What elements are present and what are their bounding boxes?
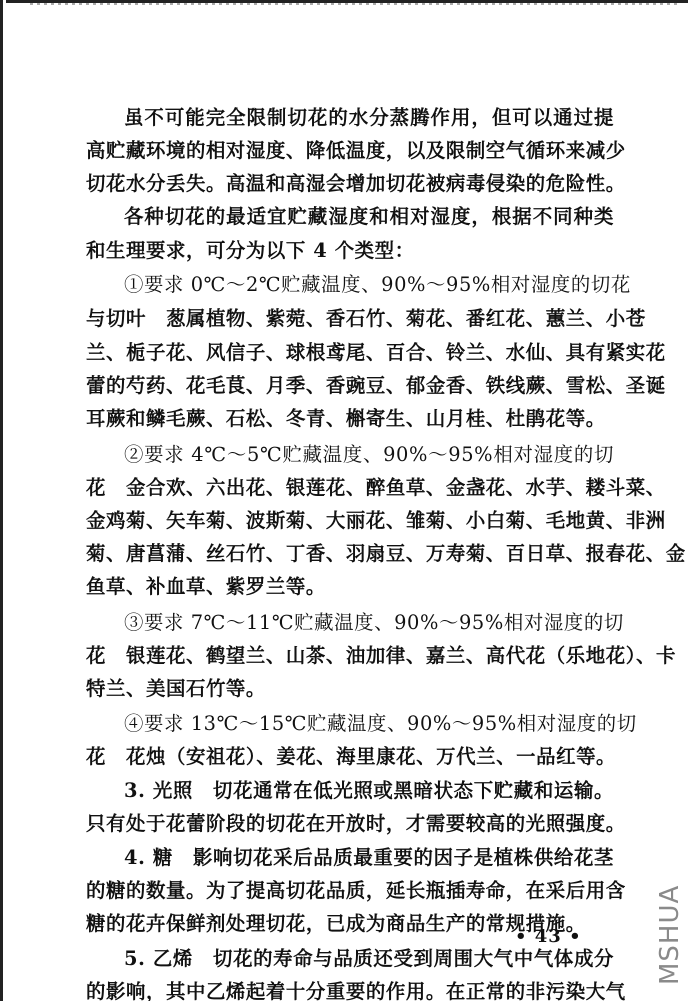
paragraph-line: 的影响，其中乙烯起着十分重要的作用。在正常的非污染大气 — [86, 977, 614, 1001]
category-1-heading: ①要求 0℃～2℃贮藏温度、90%～95%相对湿度的切花 — [86, 270, 614, 300]
section-5-ethylene: 5. 乙烯 切花的寿命与品质还受到周围大气中气体成分 — [86, 944, 614, 974]
paragraph-line: 切花水分丢失。高温和高湿会增加切花被病毒侵染的危险性。 — [86, 169, 614, 199]
page-number: • 43 • — [515, 926, 582, 947]
paragraph-line: 特兰、美国石竹等。 — [86, 674, 614, 704]
category-2-heading: ②要求 4℃～5℃贮藏温度、90%～95%相对湿度的切 — [86, 440, 614, 470]
paragraph-line: 金鸡菊、矢车菊、波斯菊、大丽花、雏菊、小白菊、毛地黄、非洲 — [86, 506, 614, 536]
top-scan-artifact — [30, 3, 680, 5]
paragraph-line: 与切叶 葱属植物、紫菀、香石竹、菊花、番红花、蕙兰、小苍 — [86, 304, 614, 334]
paragraph-line: 菊、唐菖蒲、丝石竹、丁香、羽扇豆、万寿菊、百日草、报春花、金 — [86, 539, 614, 569]
paragraph-line: 兰、栀子花、风信子、球根鸢尾、百合、铃兰、水仙、具有紧实花 — [86, 338, 614, 368]
paragraph-line: 只有处于花蕾阶段的切花在开放时，才需要较高的光照强度。 — [86, 809, 614, 839]
paragraph-line: 花 花烛（安祖花）、姜花、海里康花、万代兰、一品红等。 — [86, 742, 614, 772]
watermark: MSHUA — [655, 885, 685, 985]
paragraph-line: 花 银莲花、鹤望兰、山茶、油加律、嘉兰、高代花（乐地花）、卡 — [86, 641, 614, 671]
section-3-light: 3. 光照 切花通常在低光照或黑暗状态下贮藏和运输。 — [86, 776, 614, 806]
paragraph-line: 的糖的数量。为了提高切花品质，延长瓶插寿命，在采后用含 — [86, 876, 614, 906]
paragraph-line: 和生理要求，可分为以下 4 个类型： — [86, 236, 614, 266]
paragraph-line: 鱼草、补血草、紫罗兰等。 — [86, 572, 614, 602]
paragraph-line: 蕾的芍药、花毛茛、月季、香豌豆、郁金香、铁线蕨、雪松、圣诞 — [86, 371, 614, 401]
section-4-sugar: 4. 糖 影响切花采后品质最重要的因子是植株供给花茎 — [86, 843, 614, 873]
paragraph-line: 各种切花的最适宜贮藏湿度和相对湿度，根据不同种类 — [86, 202, 614, 232]
category-3-heading: ③要求 7℃～11℃贮藏温度、90%～95%相对湿度的切 — [86, 608, 614, 638]
left-border-rule — [0, 0, 3, 1001]
paragraph-line: 花 金合欢、六出花、银莲花、醉鱼草、金盏花、水芋、耧斗菜、 — [86, 473, 614, 503]
paragraph-line: 耳蕨和鳞毛蕨、石松、冬青、槲寄生、山月桂、杜鹃花等。 — [86, 404, 614, 434]
paragraph-line: 高贮藏环境的相对湿度、降低温度，以及限制空气循环来减少 — [86, 136, 614, 166]
category-4-heading: ④要求 13℃～15℃贮藏温度、90%～95%相对湿度的切 — [86, 709, 614, 739]
paragraph-line: 虽不可能完全限制切花的水分蒸腾作用，但可以通过提 — [86, 103, 614, 133]
